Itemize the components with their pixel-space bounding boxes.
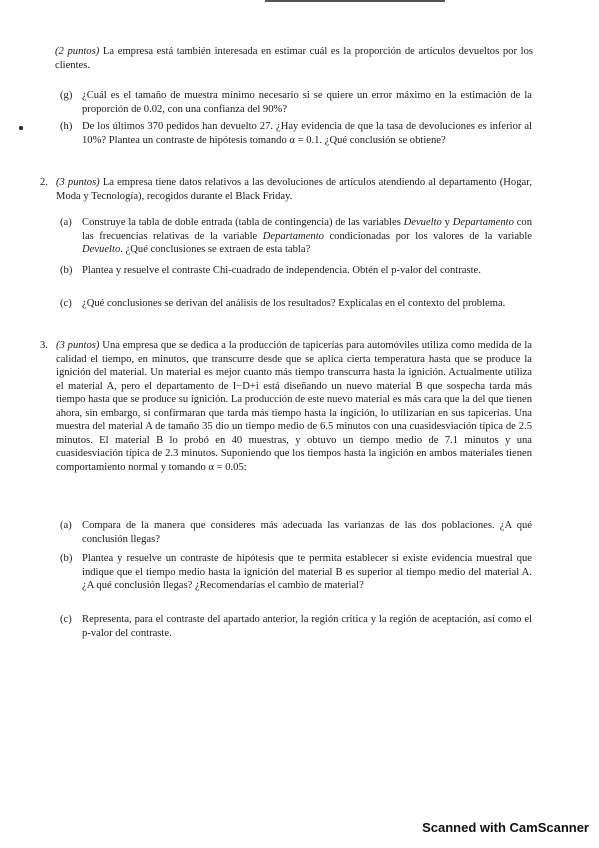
question-1g: (g) ¿Cuál es el tamaño de muestra mínimo… <box>60 89 532 116</box>
intro-points: (2 puntos) <box>55 46 99 57</box>
item-text: ¿Cuál es el tamaño de muestra mínimo nec… <box>82 89 532 116</box>
question-points: (3 puntos) <box>56 340 99 351</box>
item-text: Plantea y resuelve el contraste Chi-cuad… <box>82 264 532 278</box>
item-text: Construye la tabla de doble entrada (tab… <box>82 216 532 257</box>
question-3: 3. (3 puntos) Una empresa que se dedica … <box>40 339 532 474</box>
scanned-page: (2 puntos) La empresa está también inter… <box>0 0 599 848</box>
item-label: (a) <box>60 216 72 230</box>
bullet-mark <box>19 126 23 130</box>
question-text: La empresa tiene datos relativos a las d… <box>56 177 532 202</box>
item-text: Compara de la manera que consideres más … <box>82 519 532 546</box>
question-points: (3 puntos) <box>56 177 100 188</box>
intro-text: La empresa está también interesada en es… <box>55 46 533 71</box>
item-label: (h) <box>60 120 72 134</box>
question-2c: (c) ¿Qué conclusiones se derivan del aná… <box>60 297 532 311</box>
item-text: Representa, para el contraste del aparta… <box>82 613 532 640</box>
item-text: Plantea y resuelve un contraste de hipót… <box>82 552 532 593</box>
question-3b: (b) Plantea y resuelve un contraste de h… <box>60 552 532 593</box>
item-text: De los últimos 370 pedidos han devuelto … <box>82 120 532 147</box>
question-2: 2. (3 puntos) La empresa tiene datos rel… <box>40 176 532 203</box>
question-2b: (b) Plantea y resuelve el contraste Chi-… <box>60 264 532 278</box>
top-rule <box>265 0 445 2</box>
question-3c: (c) Representa, para el contraste del ap… <box>60 613 532 640</box>
item-label: (b) <box>60 264 72 278</box>
question-2a: (a) Construye la tabla de doble entrada … <box>60 216 532 257</box>
item-label: (c) <box>60 613 72 627</box>
question-number: 3. <box>40 339 48 353</box>
question-text: Una empresa que se dedica a la producció… <box>56 340 532 473</box>
item-label: (g) <box>60 89 72 103</box>
question-3a: (a) Compara de la manera que consideres … <box>60 519 532 546</box>
item-label: (a) <box>60 519 72 533</box>
item-label: (b) <box>60 552 72 566</box>
intro-paragraph: (2 puntos) La empresa está también inter… <box>55 45 533 72</box>
camscanner-watermark: Scanned with CamScanner <box>422 820 589 835</box>
question-1h: (h) De los últimos 370 pedidos han devue… <box>60 120 532 147</box>
question-number: 2. <box>40 176 48 190</box>
item-text: ¿Qué conclusiones se derivan del análisi… <box>82 297 532 311</box>
item-label: (c) <box>60 297 72 311</box>
